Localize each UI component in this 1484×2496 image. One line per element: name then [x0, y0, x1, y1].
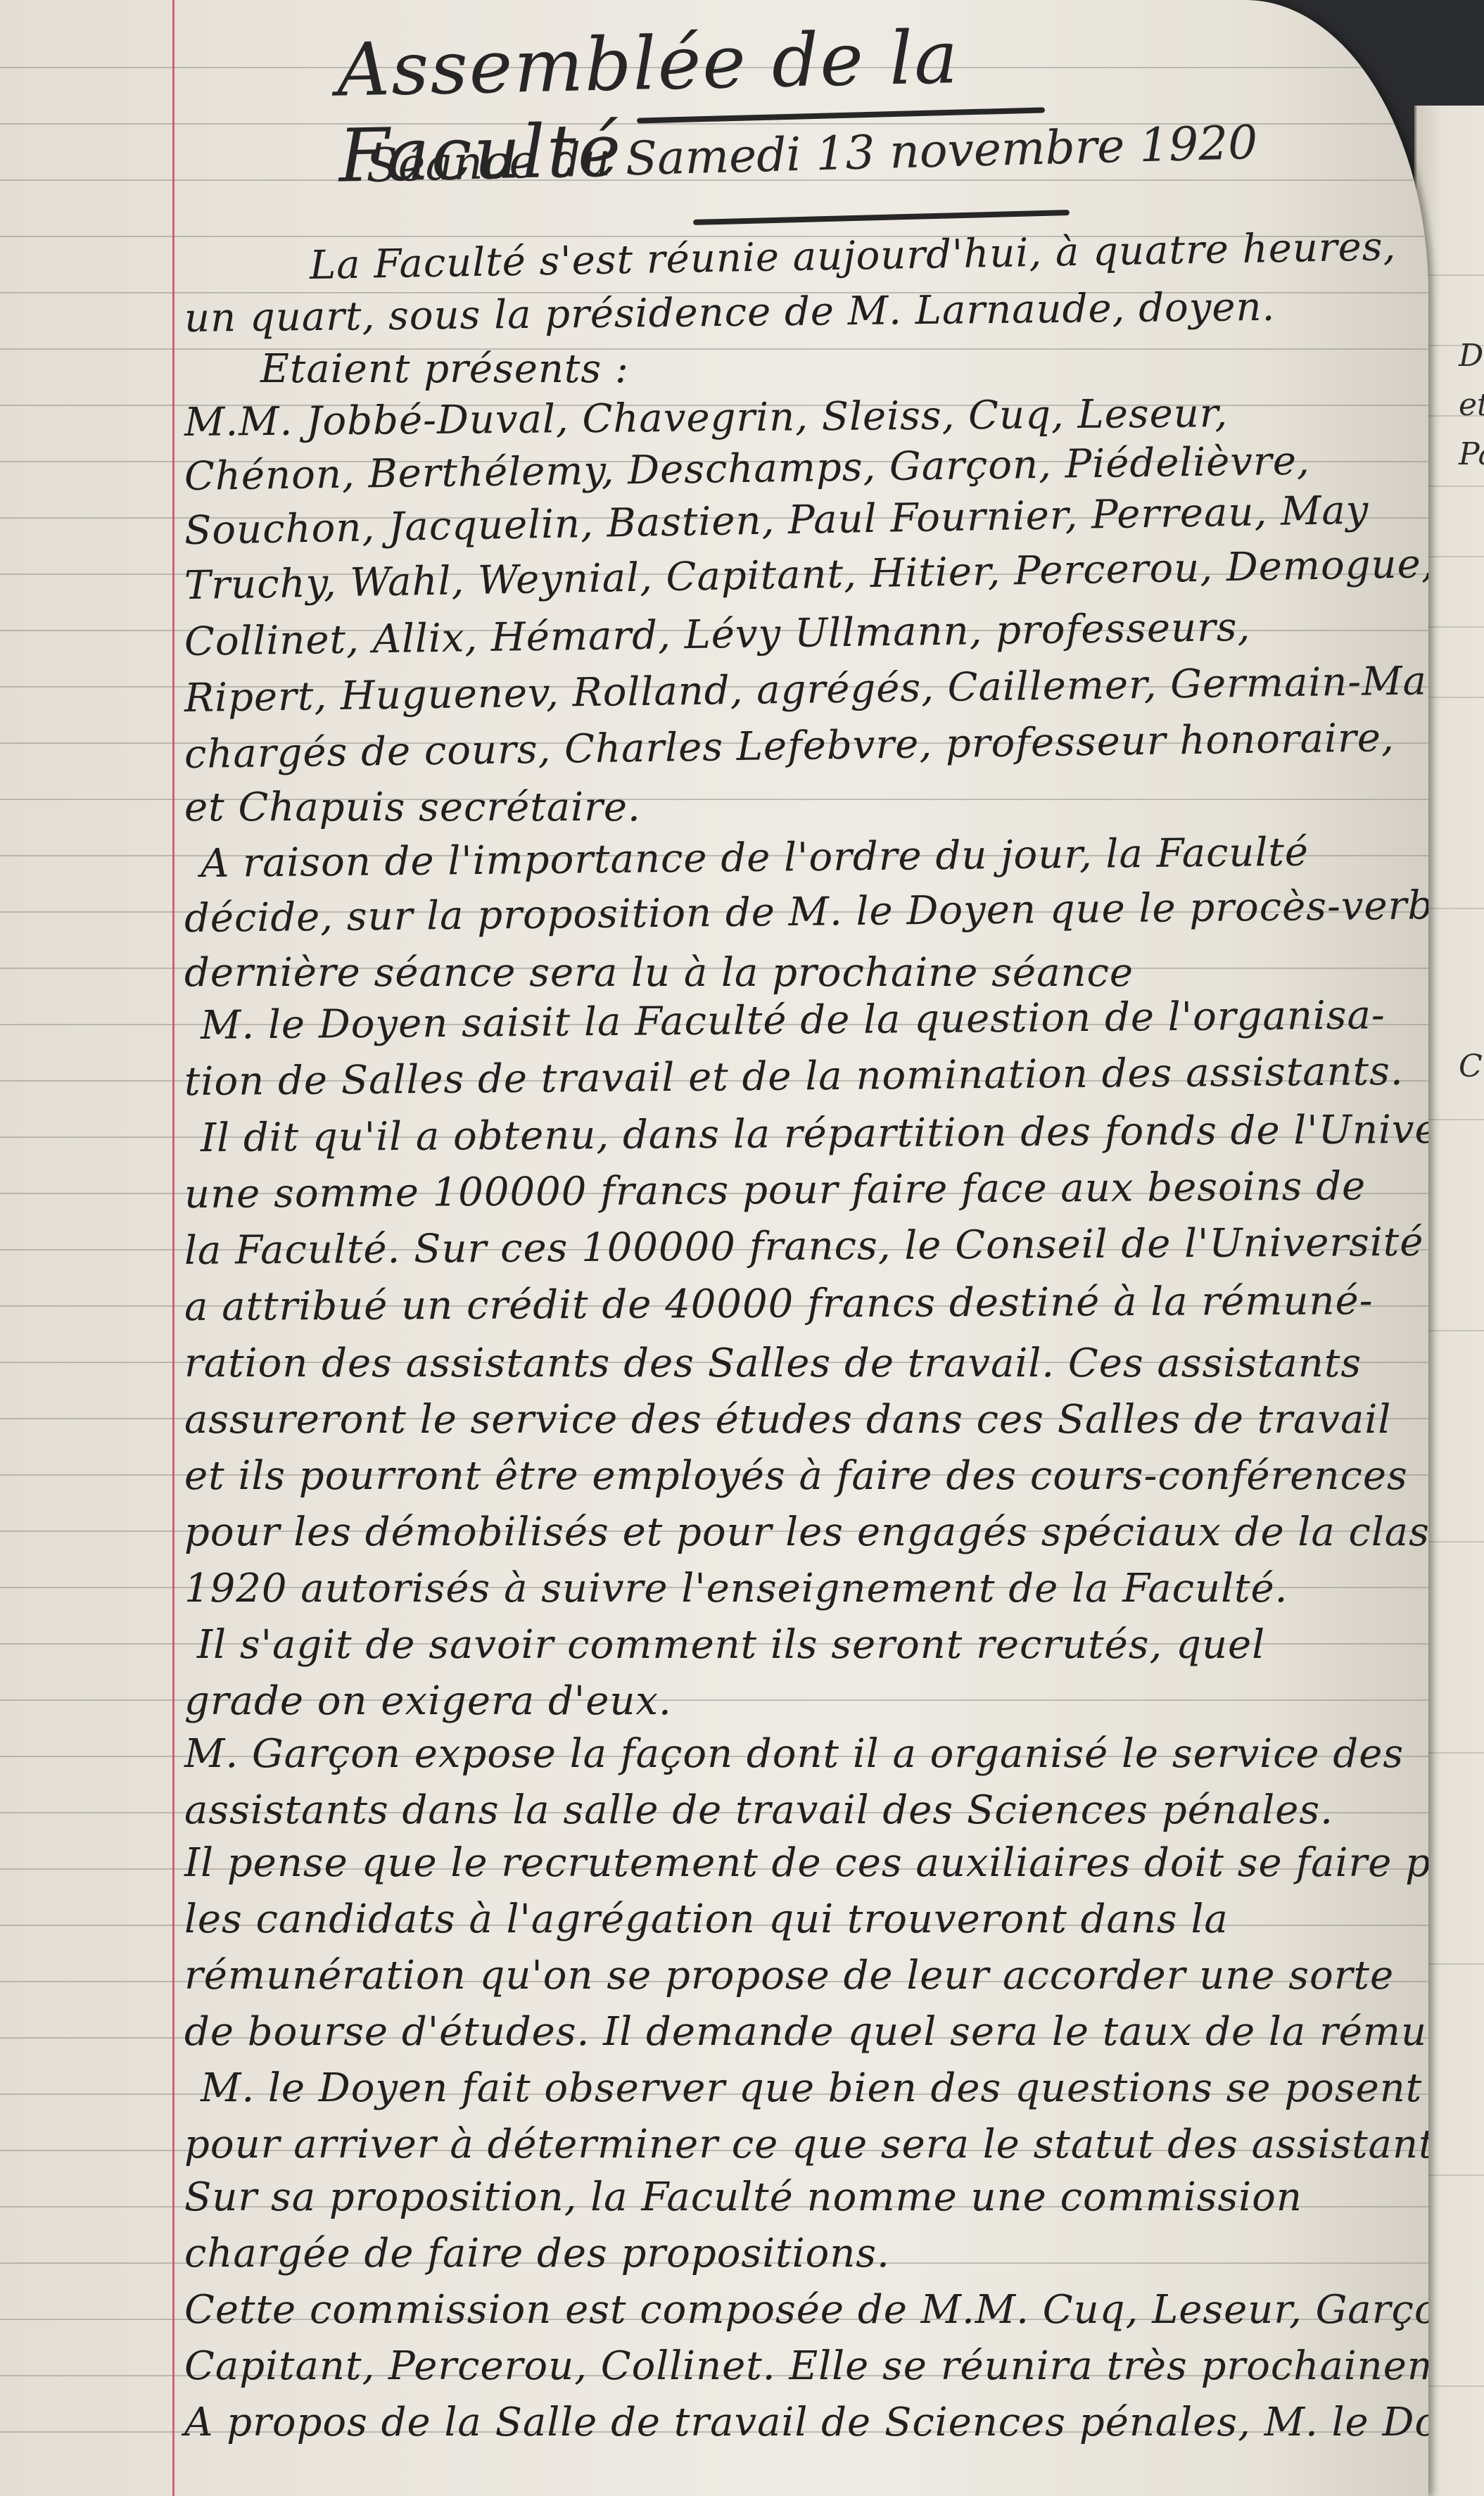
facing-page-fragment: Pa: [1459, 436, 1484, 472]
text-line: Chénon, Berthélemy, Deschamps, Garçon, P…: [184, 438, 1311, 500]
text-line: les candidats à l'agrégation qui trouver…: [184, 1896, 1229, 1942]
text-line: Sur sa proposition, la Faculté nomme une…: [184, 2174, 1302, 2220]
text-line: Ripert, Huguenev, Rolland, agrégés, Cail…: [184, 657, 1428, 721]
text-line: M. Garçon expose la façon dont il a orga…: [184, 1731, 1404, 1777]
text-line: ration des assistants des Salles de trav…: [184, 1341, 1362, 1386]
text-line: Il s'agit de savoir comment ils seront r…: [197, 1622, 1265, 1668]
text-line: A propos de la Salle de travail de Scien…: [184, 2400, 1428, 2445]
text-line: grade on exigera d'eux.: [184, 1678, 672, 1724]
facing-page-fragment: et: [1459, 387, 1484, 423]
text-line: et ils pourront être employés à faire de…: [184, 1453, 1408, 1499]
text-line: Capitant, Percerou, Collinet. Elle se ré…: [184, 2343, 1428, 2389]
text-line: assureront le service des études dans ce…: [184, 1397, 1391, 1443]
ledger-page: Assemblée de la Faculté Séance du Samedi…: [0, 0, 1428, 2496]
text-line: Souchon, Jacquelin, Bastien, Paul Fourni…: [184, 488, 1369, 554]
text-line: assistants dans la salle de travail des …: [184, 1787, 1333, 1833]
text-line: de bourse d'études. Il demande quel sera…: [184, 2009, 1428, 2055]
text-line: Cette commission est composée de M.M. Cu…: [184, 2287, 1428, 2333]
session-underline: [693, 210, 1070, 225]
text-line: M.M. Jobbé-Duval, Chavegrin, Sleiss, Cuq…: [184, 391, 1229, 445]
facing-page-fragment: Do: [1459, 338, 1484, 374]
text-line: dernière séance sera lu à la prochaine s…: [184, 950, 1134, 996]
text-line: M. le Doyen fait observer que bien des q…: [201, 2065, 1422, 2111]
text-line: tion de Salles de travail et de la nomin…: [184, 1049, 1404, 1105]
text-line: Collinet, Allix, Hémard, Lévy Ullmann, p…: [184, 604, 1251, 665]
text-line: M. le Doyen saisit la Faculté de la ques…: [201, 992, 1385, 1049]
text-line: Il dit qu'il a obtenu, dans la répartiti…: [201, 1106, 1428, 1161]
text-line: A raison de l'importance de l'ordre du j…: [201, 830, 1309, 887]
text-line: pour les démobilisés et pour les engagés…: [184, 1509, 1428, 1555]
facing-page-fragment: C: [1459, 1049, 1483, 1084]
text-line: et Chapuis secrétaire.: [184, 785, 641, 830]
text-line: a attribué un crédit de 40000 francs des…: [184, 1278, 1374, 1330]
text-line: la Faculté. Sur ces 100000 francs, le Co…: [184, 1220, 1424, 1274]
text-line: Il pense que le recrutement de ces auxil…: [184, 1840, 1428, 1886]
text-line: La Faculté s'est réunie aujourd'hui, à q…: [309, 224, 1396, 289]
text-line: décide, sur la proposition de M. le Doye…: [184, 881, 1428, 942]
text-line: 1920 autorisés à suivre l'enseignement d…: [184, 1566, 1288, 1611]
margin-line: [172, 0, 175, 2496]
text-line: rémunération qu'on se propose de leur ac…: [184, 1953, 1394, 1998]
text-line: Etaient présents :: [260, 346, 629, 392]
text-line: Truchy, Wahl, Weynial, Capitant, Hitier,…: [184, 541, 1428, 609]
text-line: chargée de faire des propositions.: [184, 2231, 890, 2276]
text-line: une somme 100000 francs pour faire face …: [184, 1163, 1366, 1217]
text-line: chargés de cours, Charles Lefebvre, prof…: [184, 715, 1395, 778]
text-line: pour arriver à déterminer ce que sera le…: [184, 2122, 1428, 2167]
